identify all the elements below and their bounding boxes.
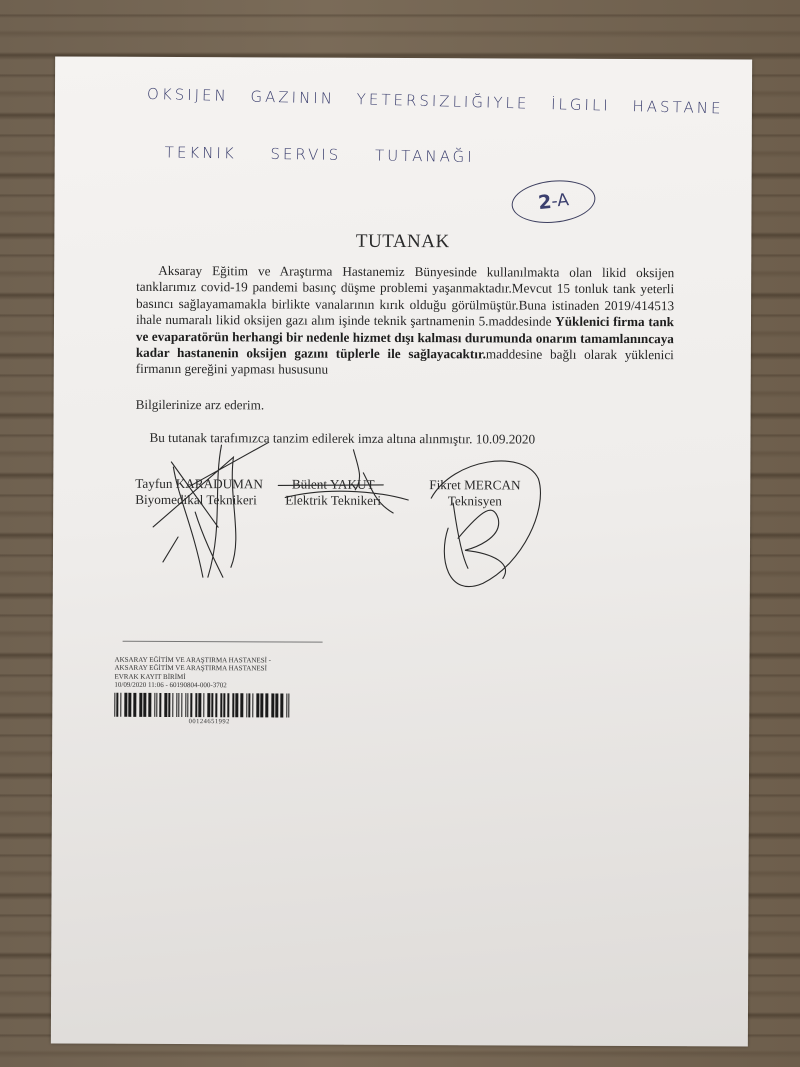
- signatory-name: Fikret MERCAN: [429, 477, 520, 493]
- signatory-3: Fikret MERCAN Teknisyen: [429, 477, 520, 509]
- barcode-icon: [114, 692, 304, 717]
- stamp-line-4: 10/09/2020 11:06 - 60190804-000-3702: [114, 681, 324, 690]
- document-page: Oksijen Gazının Yetersizliğiyle İlgili H…: [51, 56, 752, 1046]
- badge-suffix: -A: [550, 190, 569, 212]
- signatory-name: Bülent YAKUT: [285, 476, 381, 492]
- registry-stamp: AKSARAY EĞİTİM VE ARAŞTIRMA HASTANESİ - …: [114, 641, 324, 727]
- handwritten-reference-badge: 2-A: [510, 177, 598, 227]
- closing-line: Bu tutanak tarafımızca tanzim edilerek i…: [149, 430, 535, 448]
- signatory-role: Elektrik Teknikeri: [285, 492, 381, 508]
- handwritten-heading-line2: Teknik Servis Tutanağı: [165, 143, 475, 166]
- signatory-2: Bülent YAKUT Elektrik Teknikeri: [285, 476, 381, 508]
- document-body: Aksaray Eğitim ve Araştırma Hastanemiz B…: [136, 263, 674, 380]
- signatory-name: Tayfun KARADUMAN: [135, 476, 263, 493]
- document-title: TUTANAK: [54, 229, 751, 254]
- regards-line: Bilgilerinize arz ederim.: [136, 397, 265, 414]
- signatory-1: Tayfun KARADUMAN Biyomedikal Teknikeri: [135, 476, 263, 509]
- handwritten-heading-line1: Oksijen Gazının Yetersizliğiyle İlgili H…: [147, 85, 724, 118]
- signature-1-icon: [153, 442, 269, 578]
- barcode-number: 00124651992: [114, 717, 304, 726]
- signatory-role: Biyomedikal Teknikeri: [135, 492, 263, 509]
- signatory-role: Teknisyen: [429, 493, 520, 509]
- stamp-divider: [123, 641, 323, 643]
